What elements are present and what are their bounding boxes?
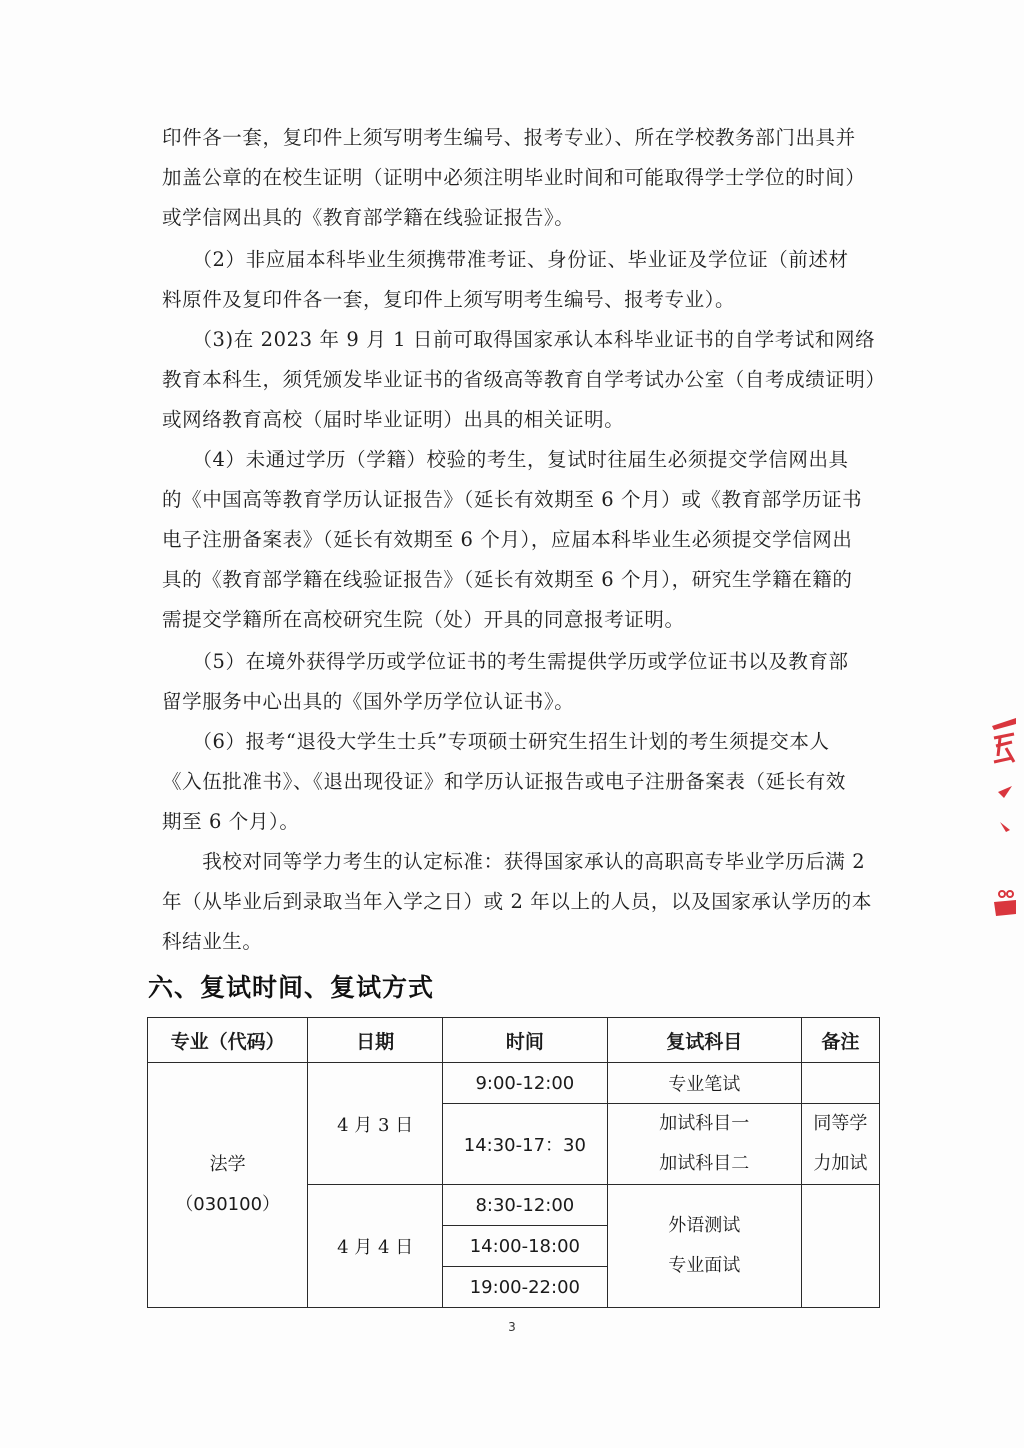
text-line: （4）未通过学历（学籍）校验的考生，复试时往届生必须提交学信网出具 bbox=[162, 440, 872, 480]
table-row: 法学 （030100） 4 月 3 日 9:00-12:00 专业笔试 bbox=[148, 1063, 880, 1104]
text-line: 期至 6 个月）。 bbox=[162, 802, 872, 842]
major-code: （030100） bbox=[148, 1185, 307, 1225]
note-line: 同等学 bbox=[802, 1104, 879, 1144]
text-line: （5）在境外获得学历或学位证书的考生需提供学历或学位证书以及教育部 bbox=[162, 642, 872, 682]
subject-cell: 专业笔试 bbox=[607, 1063, 801, 1104]
document-page: 印件各一套，复印件上须写明考生编号、报考专业）、所在学校教务部门出具并 加盖公章… bbox=[0, 0, 1024, 1448]
subject-line: 专业面试 bbox=[608, 1246, 801, 1286]
text-line: 或学信网出具的《教育部学籍在线验证报告》。 bbox=[162, 198, 872, 238]
text-line: （6）报考“退役大学生士兵”专项硕士研究生招生计划的考生须提交本人 bbox=[162, 722, 872, 762]
note-cell bbox=[801, 1185, 879, 1308]
major-cell: 法学 （030100） bbox=[148, 1063, 308, 1308]
text-line: 料原件及复印件各一套，复印件上须写明考生编号、报考专业）。 bbox=[162, 280, 872, 320]
time-cell: 8:30-12:00 bbox=[442, 1185, 607, 1226]
header-time: 时间 bbox=[442, 1018, 607, 1063]
paragraph-item-6: （6）报考“退役大学生士兵”专项硕士研究生招生计划的考生须提交本人 《入伍批准书… bbox=[162, 722, 872, 842]
note-cell: 同等学 力加试 bbox=[801, 1104, 879, 1185]
major-name: 法学 bbox=[148, 1145, 307, 1185]
text-line: 或网络教育高校（届时毕业证明）出具的相关证明。 bbox=[162, 400, 872, 440]
text-line: 的《中国高等教育学历认证报告》（延长有效期至 6 个月）或《教育部学历证书 bbox=[162, 480, 872, 520]
text-line: 电子注册备案表》（延长有效期至 6 个月），应届本科毕业生必须提交学信网出 bbox=[162, 520, 872, 560]
text-line: 我校对同等学力考生的认定标准：获得国家承认的高职高专毕业学历后满 2 bbox=[162, 842, 872, 882]
table-header-row: 专业（代码） 日期 时间 复试科目 备注 bbox=[148, 1018, 880, 1063]
seal-stamp-fragment-icon bbox=[986, 718, 1022, 918]
header-note: 备注 bbox=[801, 1018, 879, 1063]
subject-line: 加试科目二 bbox=[608, 1144, 801, 1184]
text-line: 教育本科生，须凭颁发毕业证书的省级高等教育自学考试办公室（自考成绩证明） bbox=[162, 360, 872, 400]
paragraph-item-5: （5）在境外获得学历或学位证书的考生需提供学历或学位证书以及教育部 留学服务中心… bbox=[162, 642, 872, 722]
paragraph-item-2: （2）非应届本科毕业生须携带准考证、身份证、毕业证及学位证（前述材 料原件及复印… bbox=[162, 240, 872, 320]
text-line: 需提交学籍所在高校研究生院（处）开具的同意报考证明。 bbox=[162, 600, 872, 640]
text-line: （2）非应届本科毕业生须携带准考证、身份证、毕业证及学位证（前述材 bbox=[162, 240, 872, 280]
time-cell: 9:00-12:00 bbox=[442, 1063, 607, 1104]
time-cell: 14:00-18:00 bbox=[442, 1226, 607, 1267]
schedule-table: 专业（代码） 日期 时间 复试科目 备注 法学 （030100） 4 月 3 日… bbox=[147, 1017, 880, 1308]
text-line: 印件各一套，复印件上须写明考生编号、报考专业）、所在学校教务部门出具并 bbox=[162, 118, 872, 158]
date-cell: 4 月 4 日 bbox=[308, 1185, 443, 1308]
section-heading: 六、复试时间、复试方式 bbox=[148, 968, 434, 1004]
date-cell: 4 月 3 日 bbox=[308, 1063, 443, 1185]
page-number: 3 bbox=[0, 1320, 1024, 1334]
paragraph-item-3: （3)在 2023 年 9 月 1 日前可取得国家承认本科毕业证书的自学考试和网… bbox=[162, 320, 872, 440]
text-line: 具的《教育部学籍在线验证报告》（延长有效期至 6 个月），研究生学籍在籍的 bbox=[162, 560, 872, 600]
text-line: 《入伍批准书》、《退出现役证》和学历认证报告或电子注册备案表（延长有效 bbox=[162, 762, 872, 802]
header-date: 日期 bbox=[308, 1018, 443, 1063]
paragraph-continuation: 印件各一套，复印件上须写明考生编号、报考专业）、所在学校教务部门出具并 加盖公章… bbox=[162, 118, 872, 238]
text-line: 留学服务中心出具的《国外学历学位认证书》。 bbox=[162, 682, 872, 722]
note-line: 力加试 bbox=[802, 1144, 879, 1184]
time-cell: 14:30-17：30 bbox=[442, 1104, 607, 1185]
text-line: （3)在 2023 年 9 月 1 日前可取得国家承认本科毕业证书的自学考试和网… bbox=[162, 320, 872, 360]
note-cell bbox=[801, 1063, 879, 1104]
paragraph-item-4: （4）未通过学历（学籍）校验的考生，复试时往届生必须提交学信网出具 的《中国高等… bbox=[162, 440, 872, 640]
text-line: 加盖公章的在校生证明（证明中必须注明毕业时间和可能取得学士学位的时间） bbox=[162, 158, 872, 198]
text-line: 科结业生。 bbox=[162, 922, 872, 962]
subject-line: 加试科目一 bbox=[608, 1104, 801, 1144]
header-major: 专业（代码） bbox=[148, 1018, 308, 1063]
subject-cell: 加试科目一 加试科目二 bbox=[607, 1104, 801, 1185]
time-cell: 19:00-22:00 bbox=[442, 1267, 607, 1308]
paragraph-equivalent-criteria: 我校对同等学力考生的认定标准：获得国家承认的高职高专毕业学历后满 2 年（从毕业… bbox=[162, 842, 872, 962]
header-subject: 复试科目 bbox=[607, 1018, 801, 1063]
subject-cell: 外语测试 专业面试 bbox=[607, 1185, 801, 1308]
subject-line: 外语测试 bbox=[608, 1206, 801, 1246]
text-line: 年（从毕业后到录取当年入学之日）或 2 年以上的人员，以及国家承认学历的本 bbox=[162, 882, 872, 922]
